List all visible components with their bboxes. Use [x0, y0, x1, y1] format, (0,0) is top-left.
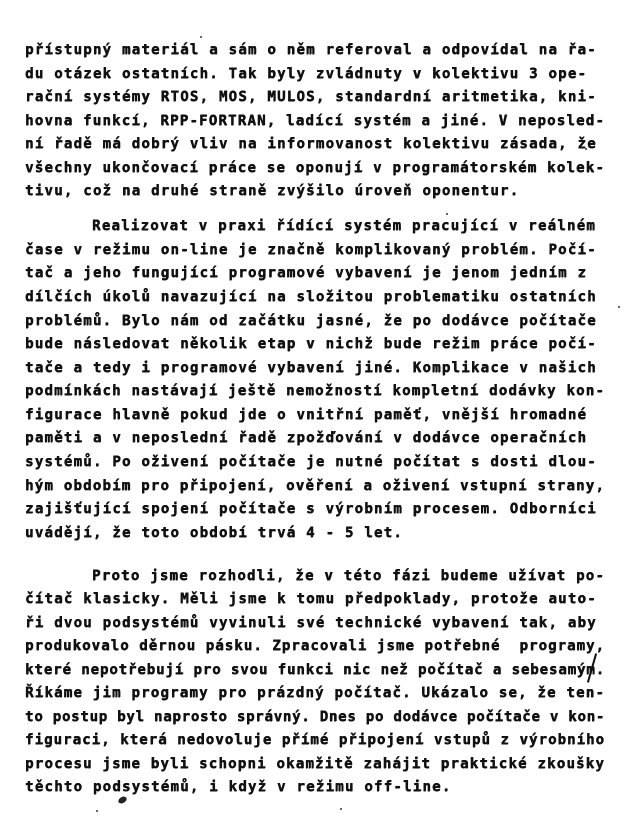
text-line: podmínkách nastávají ještě nemožností ko…	[25, 382, 605, 400]
text-line: figuraci, která nedovoluje přímé připoje…	[25, 731, 605, 749]
text-line: ři dvou podsystémů vyvinuli své technick…	[25, 614, 597, 632]
ink-speck	[340, 808, 342, 810]
text-line: tivu, což na druhé straně zvýšilo úroveň…	[25, 182, 519, 200]
ink-speck	[618, 306, 620, 308]
text-line: Říkáme jim programy pro prázdný počítač.…	[25, 684, 605, 702]
text-line: které nepotřebují pro svou funkci nic ne…	[25, 661, 605, 679]
text-line: těchto podsystémů, i když v režimu off-l…	[25, 778, 451, 796]
text-line: procesu jsme byli schopni okamžitě zaháj…	[25, 755, 605, 773]
text-line: Realizovat v praxi řídící systém pracují…	[92, 217, 596, 235]
text-line: uvádějí, že toto období trvá 4 - 5 let.	[25, 524, 403, 542]
text-line: rační systémy RTOS, MOS, MULOS, standard…	[25, 88, 597, 106]
ink-speck	[446, 213, 448, 215]
typewritten-page: přístupný materiál a sám o něm referoval…	[0, 0, 639, 820]
text-line: čítač klasicky. Měli jsme k tomu předpok…	[25, 590, 597, 608]
text-line: hým obdobím pro připojení, ověření a oži…	[25, 477, 605, 495]
ink-speck	[585, 148, 587, 150]
text-line: všechny ukončovací práce se oponují v pr…	[25, 159, 605, 177]
text-line: bude následovat několik etap v nichž bud…	[25, 335, 597, 353]
text-line: produkovalo děrnou pásku. Zpracovali jsm…	[25, 637, 605, 655]
text-line: zajišťující spojení počítače s výrobním …	[25, 500, 597, 518]
text-line: čase v režimu on-line je značně kompliko…	[25, 241, 597, 259]
text-line: systémů. Po oživení počítače je nutné po…	[25, 453, 597, 471]
text-line: tač a jeho fungující programové vybavení…	[25, 264, 587, 282]
ink-smudge	[117, 795, 128, 805]
ink-speck	[200, 36, 202, 38]
text-line: to postup byl naprosto správný. Dnes po …	[25, 708, 605, 726]
text-line: dílčích úkolů navazující na složitou pro…	[25, 288, 597, 306]
text-line: tače a tedy i programové vybavení jiné. …	[25, 359, 597, 377]
text-line: paměti a v neposlední řadě zpožďování v …	[25, 429, 587, 447]
ink-speck	[96, 810, 98, 812]
text-line: Proto jsme rozhodli, že v této fázi bude…	[92, 567, 605, 585]
text-line: ní řadě má dobrý vliv na informovanost k…	[25, 135, 597, 153]
text-line: figurace hlavně pokud jde o vnitřní pamě…	[25, 406, 587, 424]
text-line: přístupný materiál a sám o něm referoval…	[25, 41, 597, 59]
text-line: hovna funkcí, RPP-FORTRAN, ladící systém…	[25, 112, 605, 130]
text-line: problémů. Bylo nám od začátku jasné, že …	[25, 312, 597, 330]
text-line: du otázek ostatních. Tak byly zvládnuty …	[25, 65, 587, 83]
